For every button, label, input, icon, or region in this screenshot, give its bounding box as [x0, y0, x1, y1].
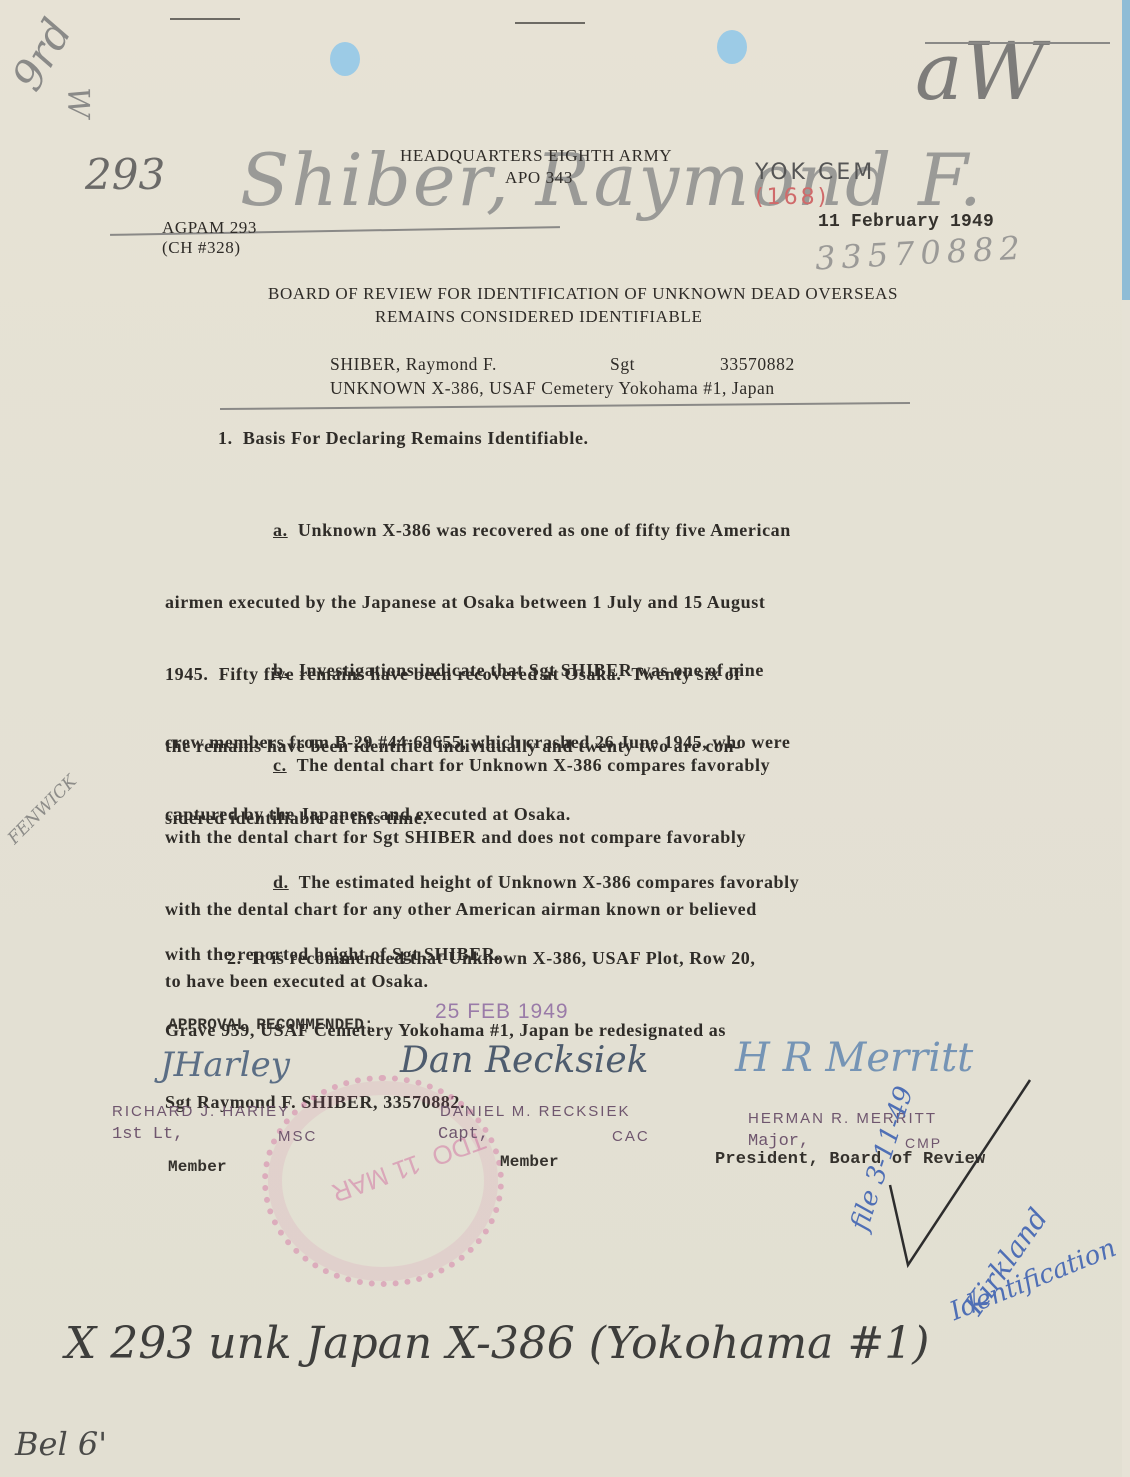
fastener-mark-right — [515, 22, 585, 24]
signatory-1-rank: 1st Lt, — [112, 1125, 183, 1144]
signatory-2-rank: Capt, — [438, 1125, 489, 1144]
document-date: 11 February 1949 — [818, 212, 994, 232]
document-title-line2: REMAINS CONSIDERED IDENTIFIABLE — [375, 307, 702, 327]
annotation-initials-strike — [925, 42, 1110, 44]
approval-label: APPROVAL RECOMMENDED: — [168, 1016, 374, 1034]
page-edge-background — [1122, 0, 1130, 300]
signature-recksiek: Dan Recksiek — [400, 1040, 648, 1081]
subject-rank: Sgt — [610, 354, 635, 375]
signatory-1-branch: MSC — [278, 1128, 317, 1145]
subject-serial: 33570882 — [720, 354, 795, 375]
signatory-2-branch: CAC — [612, 1128, 650, 1145]
signatory-1-name: RICHARD J. HARIEY — [112, 1103, 290, 1120]
annotation-initials: aW — [915, 25, 1045, 118]
paragraph-b-label: b. — [273, 660, 289, 680]
signatory-1-role: Member — [168, 1158, 227, 1176]
paragraph-d-line-1: d. The estimated height of Unknown X-386… — [165, 870, 799, 894]
paragraph-b-line-1: b. Investigations indicate that Sgt SHIB… — [165, 658, 790, 682]
paragraph-a-label: a. — [273, 520, 288, 540]
ch-reference: (CH #328) — [162, 238, 241, 258]
yok-cem-label: YOK CEM — [755, 160, 875, 185]
signatory-2-role: Member — [500, 1153, 559, 1171]
annotation-top-left-2: W — [60, 87, 95, 118]
paragraph-d-label: d. — [273, 872, 289, 892]
approval-date-stamp: 25 FEB 1949 — [435, 1000, 569, 1024]
paragraph-a-line-1: a. Unknown X-386 was recovered as one of… — [165, 518, 791, 542]
signature-harley: JHarley — [160, 1045, 290, 1085]
document-title-line1: BOARD OF REVIEW FOR IDENTIFICATION OF UN… — [268, 284, 898, 304]
file-reference: AGPAM 293 — [162, 218, 257, 238]
fastener-mark-left — [170, 18, 240, 20]
section-1-heading: 1. Basis For Declaring Remains Identifia… — [218, 426, 589, 450]
paragraph-c-line-1: c. The dental chart for Unknown X-386 co… — [165, 753, 770, 777]
subject-unknown: UNKNOWN X-386, USAF Cemetery Yokohama #1… — [330, 378, 775, 399]
annotation-bottom-left: Bel 6' — [15, 1425, 107, 1463]
annotation-yok-cem: YOK CEM (168) — [735, 135, 875, 210]
paragraph-2-line-1: 2. It is recommended that Unknown X-386,… — [165, 946, 756, 970]
paragraph-c-label: c. — [273, 755, 287, 775]
signatory-2-name: DANIEL M. RECKSIEK — [440, 1103, 630, 1120]
yok-cem-number: (168) — [755, 185, 829, 210]
punch-hole-right — [717, 30, 747, 64]
annotation-file-number: 293 — [85, 150, 165, 199]
punch-hole-left — [330, 42, 360, 76]
signatory-3-rank: Major, — [748, 1132, 809, 1151]
header-apo: APO 343 — [505, 168, 573, 188]
annotation-bottom-line: X 293 unk Japan X-386 (Yokohama #1) — [65, 1318, 929, 1369]
subject-name: SHIBER, Raymond F. — [330, 354, 497, 375]
header-org: HEADQUARTERS EIGHTH ARMY — [400, 146, 672, 166]
